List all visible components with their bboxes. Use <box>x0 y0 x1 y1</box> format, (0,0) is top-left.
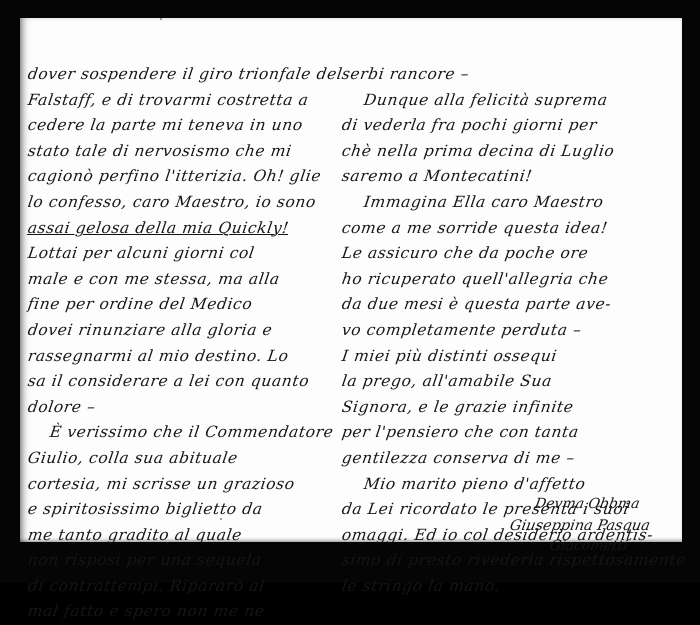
text-line: per l'pensiero che con tanta <box>340 420 684 446</box>
text-line: ho ricuperato quell'allegria che <box>340 267 684 293</box>
text-line: serbi rancore – <box>340 62 684 88</box>
text-line: le stringo la mano. <box>340 574 684 583</box>
letter-paper: dover sospendere il giro trionfale del F… <box>20 18 682 542</box>
text-line: vo completamente perduta – <box>340 318 684 344</box>
text-line: chè nella prima decina di Luglio <box>340 139 684 165</box>
text-line: sa il considerare a lei con quanto <box>26 369 350 395</box>
text-line: Le assicuro che da poche ore <box>340 241 684 267</box>
signature-surname: Giacometti <box>549 538 629 554</box>
text-line: cortesia, mi scrisse un grazioso <box>26 472 350 498</box>
signature-name: Giuseppina Pasqua <box>509 518 652 534</box>
text-line: dovei rinunziare alla gloria e <box>26 318 350 344</box>
text-line: Giulio, colla sua abituale <box>26 446 350 472</box>
text-line: cagionò perfino l'itterizia. Oh! glie <box>26 164 350 190</box>
text-line: lo confesso, caro Maestro, io sono <box>26 190 350 216</box>
text-line: male e con me stessa, ma alla <box>26 267 350 293</box>
text-line: saremo a Montecatini! <box>340 164 684 190</box>
paper-speck <box>220 518 222 520</box>
text-line: È verissimo che il Commendatore <box>26 420 350 446</box>
left-page-text: dover sospendere il giro trionfale del F… <box>26 62 346 583</box>
text-line: dolore – <box>26 395 350 421</box>
text-line: I miei più distinti ossequi <box>340 344 684 370</box>
text-line: Falstaff, e di trovarmi costretta a <box>26 88 350 114</box>
text-line: Dunque alla felicità suprema <box>340 88 684 114</box>
text-line: e spiritosissimo biglietto da <box>26 497 350 523</box>
paper-speck <box>160 18 162 20</box>
text-line: Mio marito pieno d'affetto <box>340 472 684 498</box>
text-line: stato tale di nervosismo che mi <box>26 139 350 165</box>
text-line: di contrattempi. Ripararò al <box>26 574 350 583</box>
text-line: simo di presto rivederla rispettosamente <box>340 548 684 574</box>
text-line: dover sospendere il giro trionfale del <box>26 62 350 88</box>
text-line: di vederla fra pochi giorni per <box>340 113 684 139</box>
text-line: da due mesi è questa parte ave- <box>340 292 684 318</box>
text-line: non risposi per una sequela <box>26 548 350 574</box>
text-line: fine per ordine del Medico <box>26 292 350 318</box>
text-line: Immagina Ella caro Maestro <box>340 190 684 216</box>
text-line: come a me sorride questa idea! <box>340 216 684 242</box>
signature-closing: Devma Obbma <box>534 496 641 512</box>
underlined-text-line: assai gelosa della mia Quickly! <box>26 216 350 242</box>
text-line: me tanto gradito al quale <box>26 523 350 549</box>
text-line: la prego, all'amabile Sua <box>340 369 684 395</box>
text-line: rassegnarmi al mio destino. Lo <box>26 344 350 370</box>
text-line: cedere la parte mi teneva in uno <box>26 113 350 139</box>
text-line: Signora, e le grazie infinite <box>340 395 684 421</box>
text-line: Lottai per alcuni giorni col <box>26 241 350 267</box>
text-line: gentilezza conserva di me – <box>340 446 684 472</box>
